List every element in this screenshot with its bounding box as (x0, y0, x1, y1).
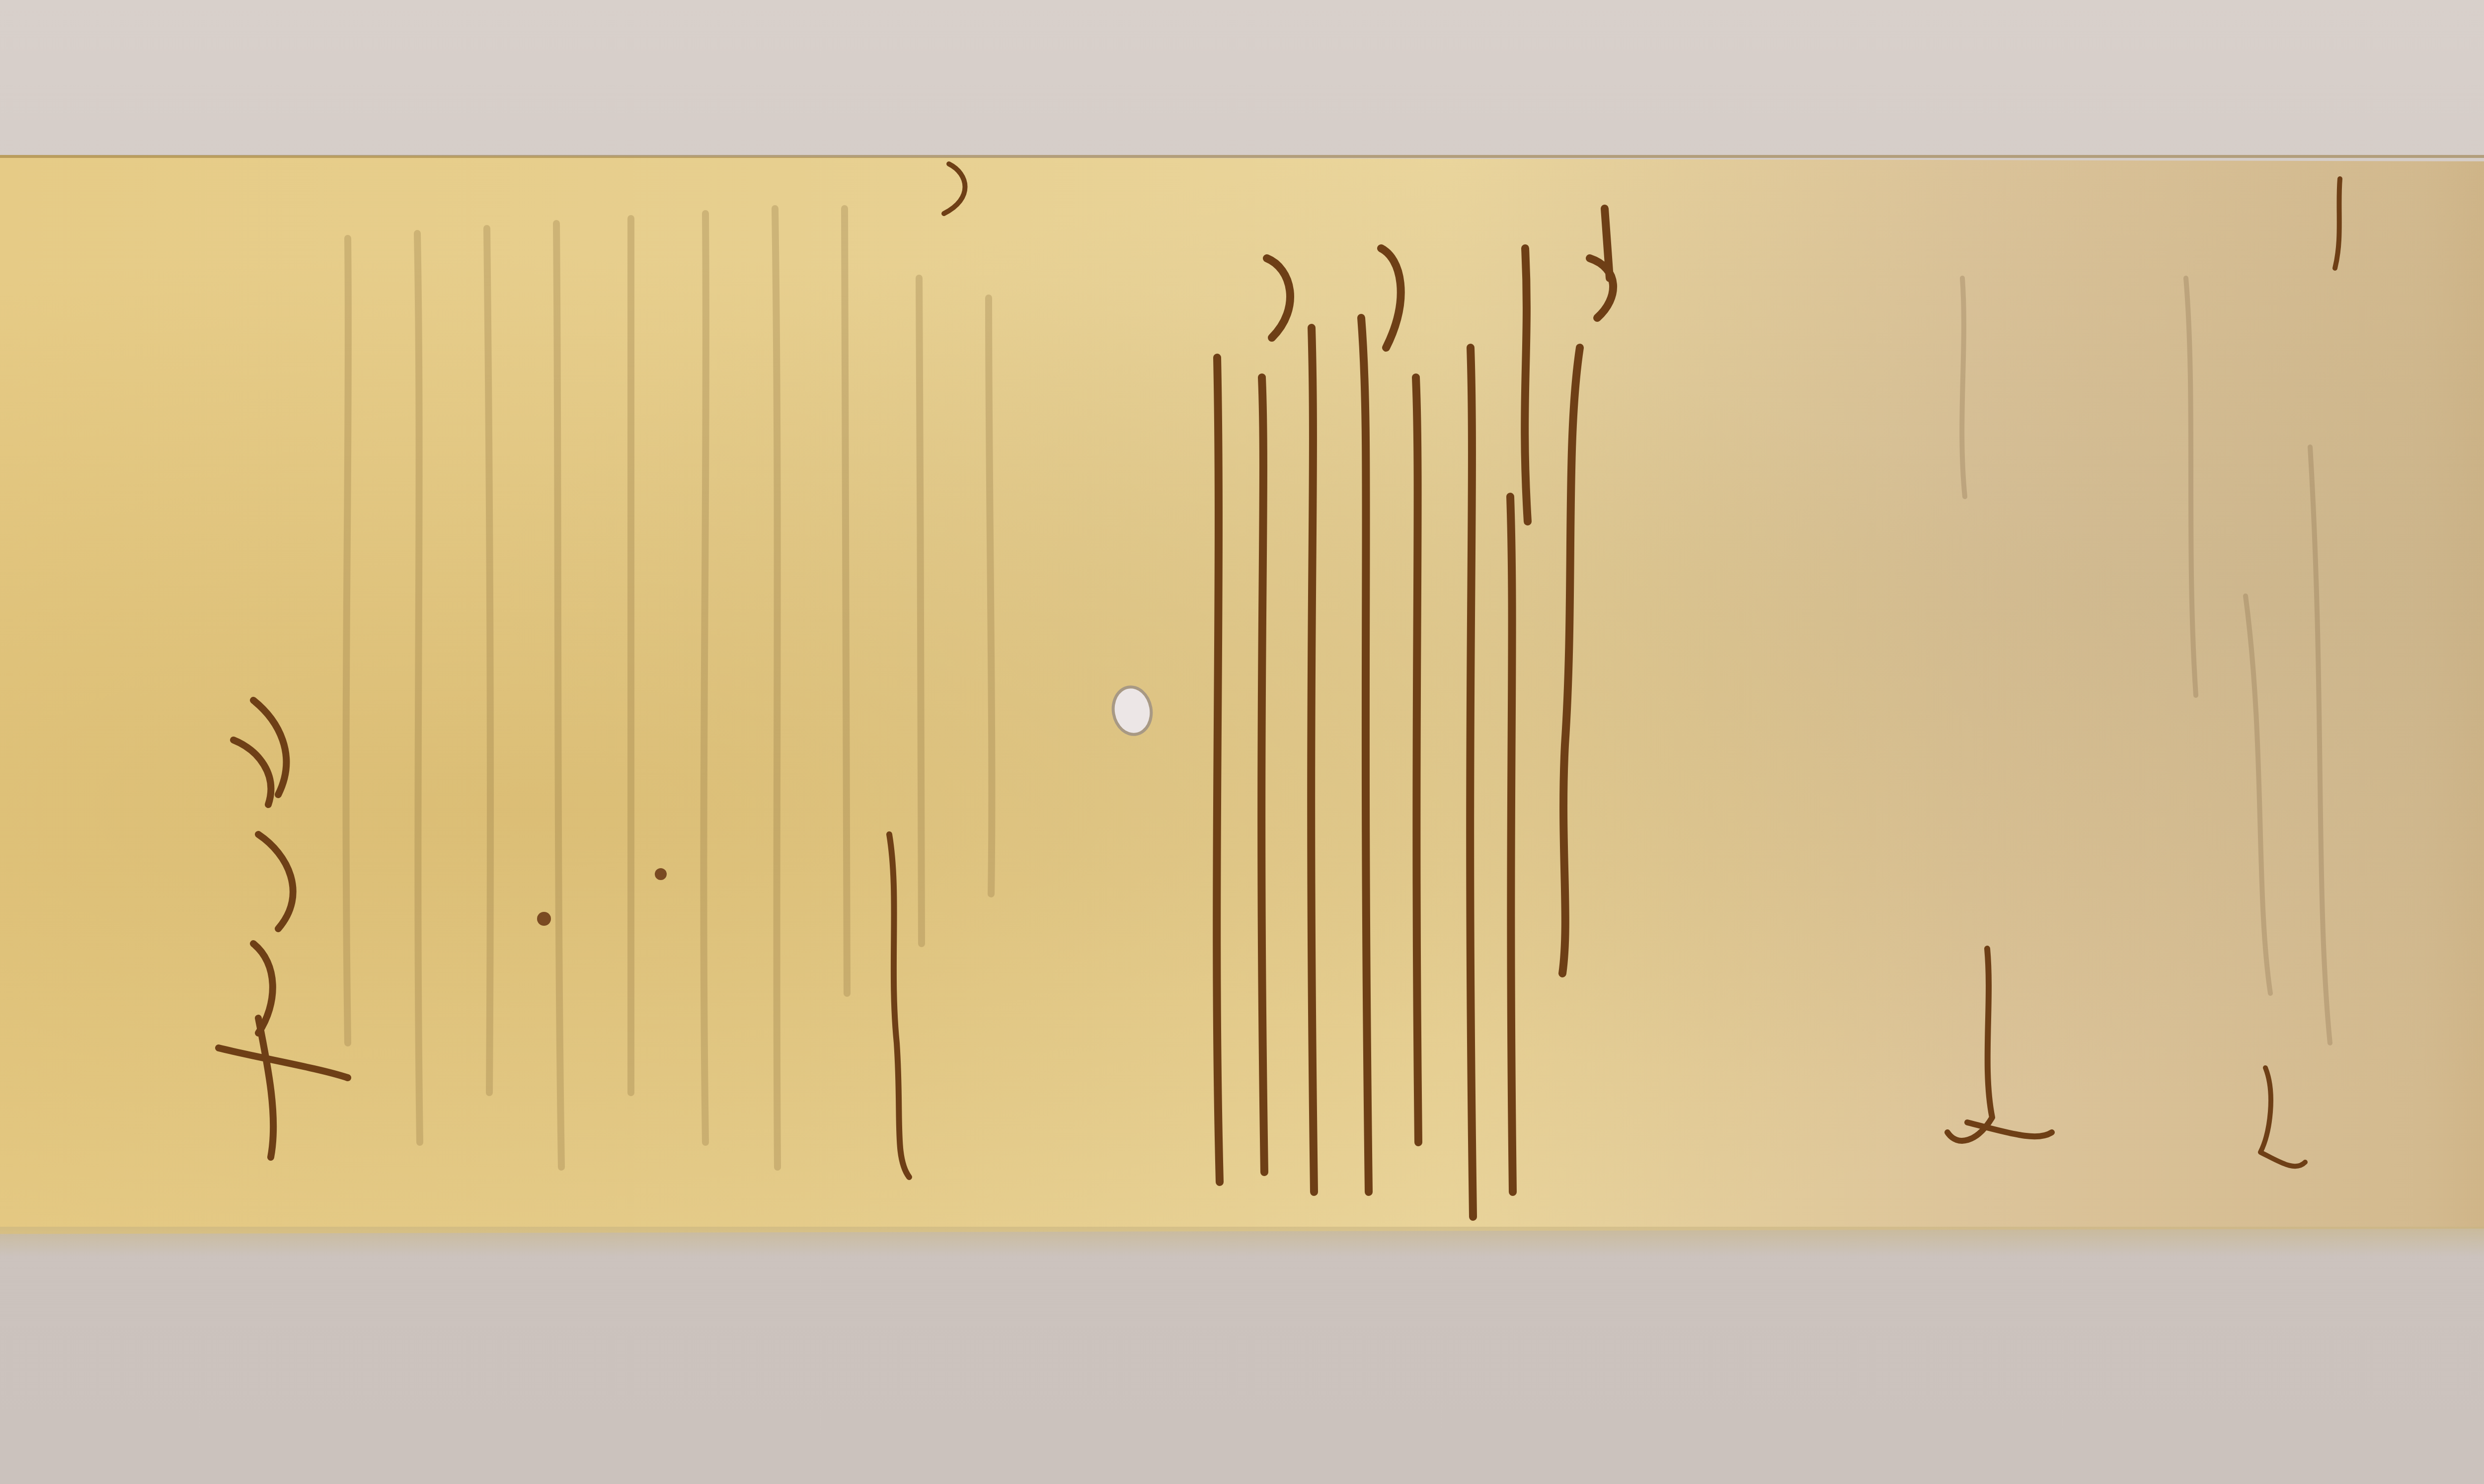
ink-blot (655, 868, 667, 880)
handwriting-layer (0, 0, 2484, 1484)
main-text-block (1217, 209, 1613, 1217)
top-left-mark (944, 164, 965, 214)
pencil-marks (1962, 278, 2330, 1043)
top-right-mark (2335, 179, 2340, 268)
annotation-right (1947, 949, 2052, 1141)
marginal-word (889, 834, 909, 1177)
signature (219, 700, 348, 1157)
annotation-numeral (2260, 1068, 2305, 1166)
ink-blot (537, 912, 551, 926)
